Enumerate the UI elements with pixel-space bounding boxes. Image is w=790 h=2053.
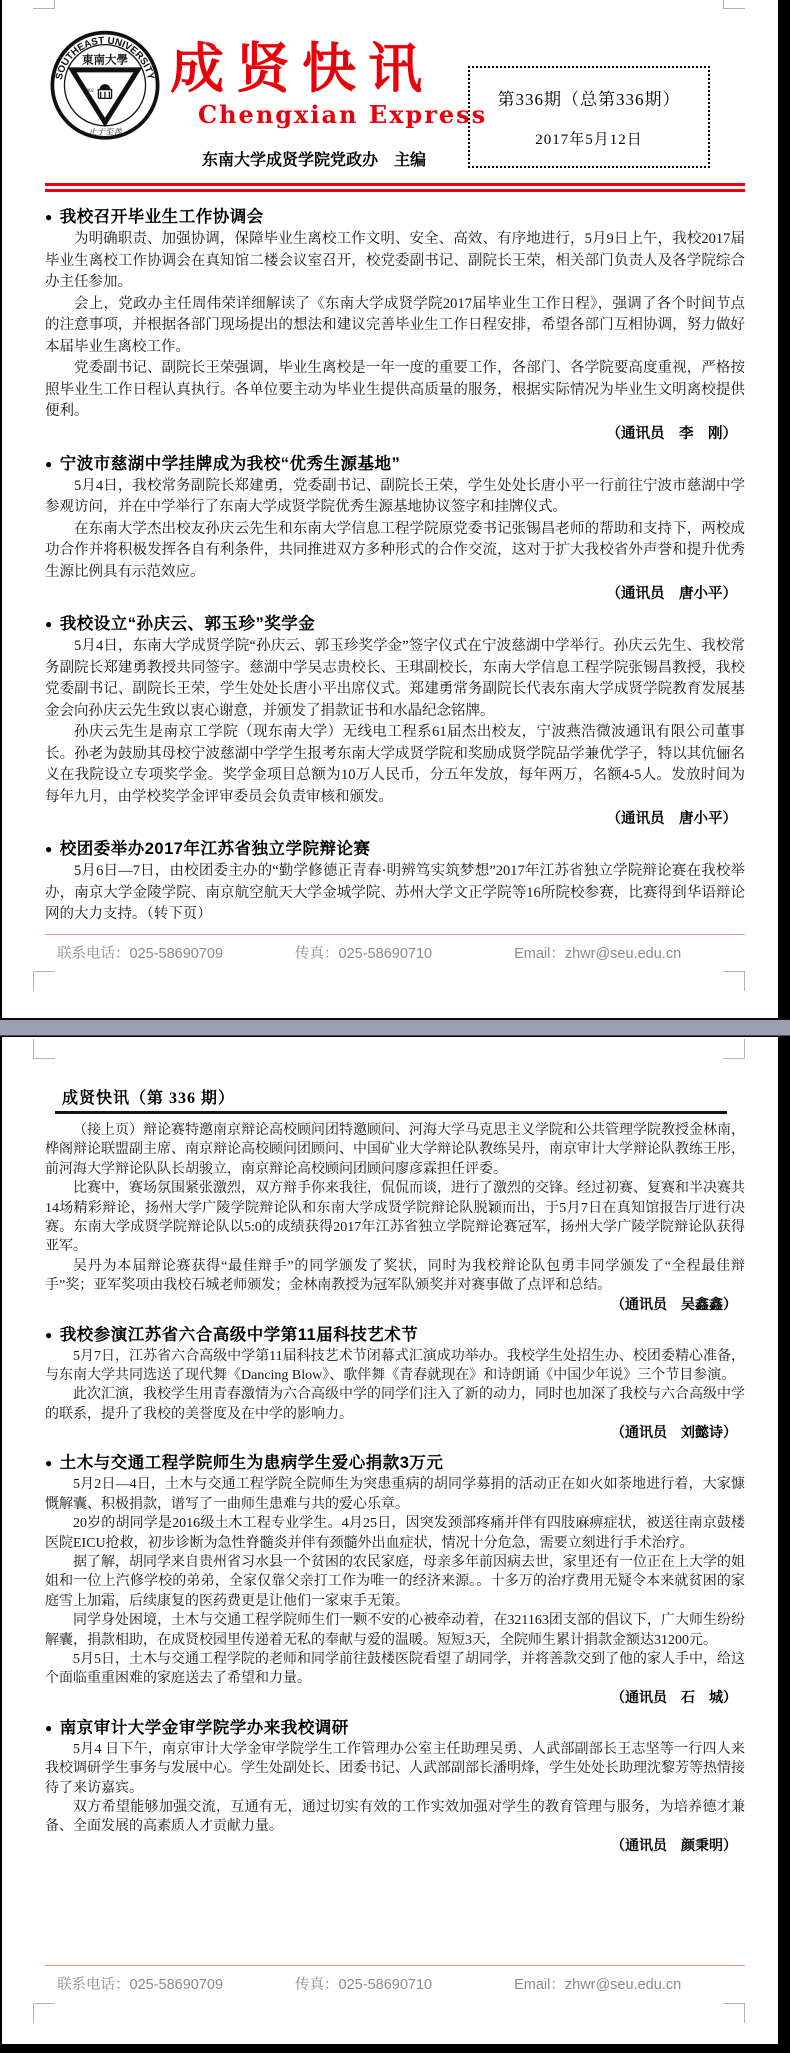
page-2: 成贤快讯（第 336 期） （接上页）辩论赛特邀南京辩论高校顾问团特邀顾问、河海… <box>2 1037 778 2044</box>
article-paragraph: 5月6日—7日，由校团委主办的“勤学修德正青春·明辨笃实筑梦想”2017年江苏省… <box>45 861 745 926</box>
article-paragraph: （接上页）辩论赛特邀南京辩论高校顾问团特邀顾问、河海大学马克思主义学院和公共管理… <box>45 1121 745 1179</box>
logo-motto-text: 止于至善 <box>89 128 123 137</box>
article-paragraph: 在东南大学杰出校友孙庆云先生和东南大学信息工程学院原党委书记张锡昌老师的帮助和支… <box>45 519 745 584</box>
seu-seal-logo-icon: SOUTHEAST UNIVERSITY 東南大學 1902 止于至善 <box>50 26 160 145</box>
article-byline: （通讯员 唐小平） <box>45 583 745 605</box>
newsletter-screenshot: { "ui": { "bullet": "●" }, "masthead": {… <box>0 0 790 2053</box>
footer-fax: 传真：025-58690710 <box>295 942 432 963</box>
article-title: ●我校设立“孙庆云、郭玉珍”奖学金 <box>45 610 745 634</box>
article-title: ●南京审计大学金审学院学办来我校调研 <box>45 1714 745 1738</box>
article-byline: （通讯员 石 城） <box>45 1689 745 1709</box>
article-title: ●我校参演江苏省六合高级中学第11届科技艺术节 <box>45 1321 745 1345</box>
article-paragraph: 比赛中，赛场氛围紧张激烈，双方辩手你来我往，侃侃而谈，进行了激烈的交锋。经过初赛… <box>45 1179 745 1257</box>
crop-mark-top-right <box>723 1039 745 1059</box>
bullet-icon: ● <box>45 457 53 471</box>
article-byline: （通讯员 吴鑫鑫） <box>45 1296 745 1316</box>
logo-cn-text: 東南大學 <box>82 52 128 66</box>
crop-mark-top-right <box>723 0 745 9</box>
article-paragraph: 为明确职责、加强协调，保障毕业生离校工作文明、安全、高效、有序地进行，5月9日上… <box>45 229 745 294</box>
article-paragraph: 会上，党政办主任周伟荣详细解读了《东南大学成贤学院2017届毕业生工作日程》，强… <box>45 294 745 359</box>
article-paragraph: 党委副书记、副院长王荣强调，毕业生离校是一年一度的重要工作，各部门、各学院要高度… <box>45 358 745 423</box>
bullet-icon: ● <box>45 1456 53 1470</box>
footer-phone: 联系电话：025-58690709 <box>57 942 223 963</box>
editor-line: 东南大学成贤学院党政办 主编 <box>202 147 426 170</box>
newsletter-subtitle: Chengxian Express <box>198 100 487 129</box>
page2-running-header: 成贤快讯（第 336 期） <box>62 1085 235 1108</box>
article-paragraph: 同学身处困境，土木与交通工程学院师生们一颗不安的心被牵动着，在321163团支部… <box>45 1611 745 1650</box>
bullet-icon: ● <box>45 617 53 631</box>
page-gap <box>0 1018 790 1036</box>
page-1: SOUTHEAST UNIVERSITY 東南大學 1902 止于至善 成贤快讯… <box>2 0 778 1018</box>
bullet-icon: ● <box>45 210 53 224</box>
article-byline: （通讯员 唐小平） <box>45 808 745 830</box>
footer-fax: 传真：025-58690710 <box>295 1973 432 1994</box>
article-paragraph: 5月4 日下午，南京审计大学金审学院学生工作管理办公室主任助理吴勇、人武部副部长… <box>45 1740 745 1798</box>
page1-content: ●我校召开毕业生工作协调会 为明确职责、加强协调，保障毕业生离校工作文明、安全、… <box>45 198 745 926</box>
article-paragraph: 5月7日，江苏省六合高级中学第11届科技艺术节闭幕式汇演成功举办。我校学生处招生… <box>45 1347 745 1386</box>
page1-footer: 联系电话：025-58690709 传真：025-58690710 Email：… <box>45 934 745 963</box>
article-paragraph: 20岁的胡同学是2016级土木工程专业学生。4月25日，因突发颈部疼痛并伴有四肢… <box>45 1514 745 1553</box>
crop-mark-bottom-right <box>723 2003 745 2023</box>
issue-box: 第336期（总第336期） 2017年5月12日 <box>468 66 710 168</box>
article-paragraph: 据了解，胡同学来自贵州省习水县一个贫困的农民家庭，母亲多年前因病去世，家里还有一… <box>45 1553 745 1611</box>
bullet-icon: ● <box>45 1721 53 1735</box>
crop-mark-bottom-left <box>33 2003 55 2023</box>
article-paragraph: 吴丹为本届辩论赛获得“最佳辩手”的同学颁发了奖状，同时为我校辩论队包勇丰同学颁发… <box>45 1257 745 1296</box>
article-paragraph: 5月2日—4日，土木与交通工程学院全院师生为突患重病的胡同学募捐的活动正在如火如… <box>45 1475 745 1514</box>
crop-mark-bottom-left <box>33 971 55 991</box>
footer-email: Email：zhwr@seu.edu.cn <box>514 942 681 963</box>
article-paragraph: 5月4日，东南大学成贤学院“孙庆云、郭玉珍奖学金”签字仪式在宁波慈湖中学举行。孙… <box>45 636 745 722</box>
article-paragraph: 双方希望能够加强交流，互通有无，通过切实有效的工作实效加强对学生的教育管理与服务… <box>45 1798 745 1837</box>
logo-year-text: 1902 <box>84 89 94 94</box>
article-paragraph: 孙庆云先生是南京工学院（现东南大学）无线电工程系61届杰出校友，宁波燕浩微波通讯… <box>45 722 745 808</box>
bullet-icon: ● <box>45 842 53 856</box>
crop-mark-top-left <box>33 0 55 9</box>
article-title: ●宁波市慈湖中学挂牌成为我校“优秀生源基地” <box>45 450 745 474</box>
article-byline: （通讯员 刘懿诗） <box>45 1424 745 1444</box>
article-byline: （通讯员 李 刚） <box>45 423 745 445</box>
article-byline: （通讯员 颜秉明） <box>45 1837 745 1857</box>
issue-number: 第336期（总第336期） <box>498 85 681 110</box>
article-paragraph: 此次汇演，我校学生用青春激情为六合高级中学的同学们注入了新的动力，同时也加深了我… <box>45 1385 745 1424</box>
crop-mark-bottom-right <box>723 971 745 991</box>
footer-email: Email：zhwr@seu.edu.cn <box>514 1973 681 1994</box>
newsletter-title: 成贤快讯 <box>170 26 460 103</box>
masthead-divider <box>45 183 745 192</box>
article-title: ●校团委举办2017年江苏省独立学院辩论赛 <box>45 835 745 859</box>
article-title: ●土木与交通工程学院师生为患病学生爱心捐款3万元 <box>45 1449 745 1473</box>
page2-content: （接上页）辩论赛特邀南京辩论高校顾问团特邀顾问、河海大学马克思主义学院和公共管理… <box>45 1121 745 1857</box>
article-paragraph: 5月4日，我校常务副院长郑建勇，党委副书记、副院长王荣，学生处处长唐小平一行前往… <box>45 476 745 519</box>
crop-mark-top-left <box>33 1039 55 1059</box>
issue-date: 2017年5月12日 <box>535 128 643 149</box>
bullet-icon: ● <box>45 1328 53 1342</box>
article-title: ●我校召开毕业生工作协调会 <box>45 203 745 227</box>
page2-footer: 联系电话：025-58690709 传真：025-58690710 Email：… <box>45 1965 745 1994</box>
page2-header-rule <box>55 1111 727 1114</box>
footer-phone: 联系电话：025-58690709 <box>57 1973 223 1994</box>
article-paragraph: 5月5日，土木与交通工程学院的老师和同学前往鼓楼医院看望了胡同学，并将善款交到了… <box>45 1650 745 1689</box>
